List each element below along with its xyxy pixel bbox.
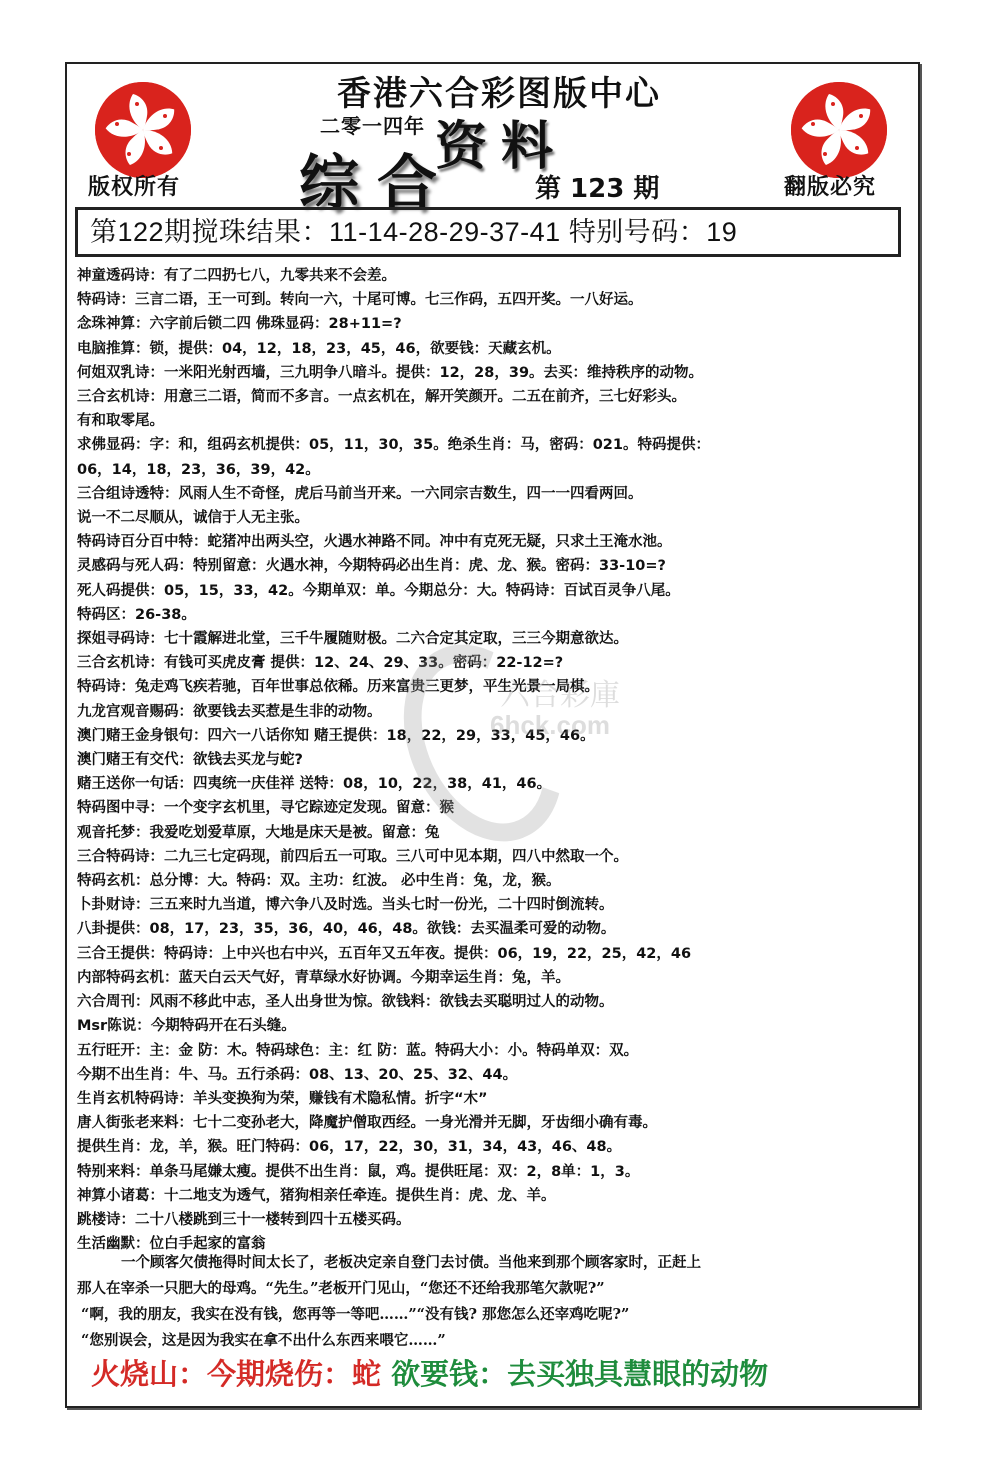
list-item: 神童透码诗：有了二四扔七八，九零共来不会差。 xyxy=(77,264,907,288)
list-item: 何姐双乳诗：一米阳光射西墙，三九明争八暗斗。提供：12，28，39。去买：维持秩… xyxy=(77,361,907,385)
list-item: 观音托梦：我爱吃划爱草原，大地是床天是被。留意：兔 xyxy=(77,821,907,845)
list-item: 内部特码玄机：蓝天白云天气好，青草绿水好协调。今期幸运生肖：兔，羊。 xyxy=(77,966,907,990)
banner-red-text: 火烧山：今期烧伤：蛇 xyxy=(91,1357,381,1391)
list-item: 探姐寻码诗：七十霞解进北堂，三千牛履随财极。二六合定其定取，三三今期意欲达。 xyxy=(77,627,907,651)
list-item: 有和取零尾。 xyxy=(77,409,907,433)
year-label: 二零一四年 xyxy=(320,110,425,139)
list-item: 求佛显码：字：和，组码玄机提供：05，11，30，35。绝杀生肖：马，密码：02… xyxy=(77,433,907,457)
list-item: 特码区：26-38。 xyxy=(77,603,907,627)
list-item: 三合组诗透特：风雨人生不奇怪，虎后马前当开来。一六同宗吉数生，四一一四看两回。 xyxy=(77,482,907,506)
bottom-banner: 火烧山：今期烧伤：蛇 欲要钱：去买独具慧眼的动物 xyxy=(91,1352,768,1393)
bauhinia-flower-icon xyxy=(791,82,887,178)
list-item: 赌王送你一句话：四夷统一庆佳祥 送特：08，10，22，38，41，46。 xyxy=(77,772,907,796)
list-item: 卜卦财诗：三五来时九当道，博六争八及时选。当头七时一份光，二十四时倒流转。 xyxy=(77,893,907,917)
list-item: 死人码提供：05，15，33，42。今期单双：单。今期总分：大。特码诗：百试百灵… xyxy=(77,579,907,603)
story-paragraph: “您别误会，这是因为我实在拿不出什么东西来喂它……” xyxy=(77,1328,907,1354)
list-item: 三合特码诗：二九三七定码现，前四后五一可取。三八可中见本期，四八中然取一个。 xyxy=(77,845,907,869)
list-item: 灵感码与死人码：特别留意：火遇水神，今期特码必出生肖：虎、龙、猴。密码：33-1… xyxy=(77,554,907,578)
list-item: 三合玄机诗：用意三二语，简而不多言。一点玄机在，解开笑颜开。二五在前齐，三七好彩… xyxy=(77,385,907,409)
list-item: 06，14，18，23，36，39，42。 xyxy=(77,458,907,482)
story-paragraph: 那人在宰杀一只肥大的母鸡。“先生。”老板开门见山，“您还不还给我那笔欠款呢?” xyxy=(77,1276,907,1302)
copyright-label: 版权所有 xyxy=(88,170,180,201)
list-item: 跳楼诗：二十八楼跳到三十一楼转到四十五楼买码。 xyxy=(77,1208,907,1232)
humor-story: 一个顾客欠债拖得时间太长了，老板决定亲自登门去讨债。当他来到那个顾客家时，正赶上… xyxy=(77,1250,907,1354)
list-item: 特码玄机：总分博：大。特码：双。主功：红波。 必中生肖：兔，龙，猴。 xyxy=(77,869,907,893)
list-item: 念珠神算：六字前后锁二四 佛珠显码：28+11=? xyxy=(77,312,907,336)
piracy-warning-label: 翻版必究 xyxy=(784,170,876,201)
list-item: 神算小诸葛：十二地支为透气，猪狗相亲任牵连。提供生肖：虎、龙、羊。 xyxy=(77,1184,907,1208)
list-item: 今期不出生肖：牛、马。五行杀码：08、13、20、25、32、44。 xyxy=(77,1063,907,1087)
list-item: Msr陈说：今期特码开在石头缝。 xyxy=(77,1014,907,1038)
list-item: 特别来料：单条马尾嫌太瘦。提供不出生肖：鼠，鸡。提供旺尾：双：2，8单：1，3。 xyxy=(77,1160,907,1184)
list-item: 特码图中寻：一个变字玄机里，寻它踪迹定发现。留意：猴 xyxy=(77,796,907,820)
tips-list: 神童透码诗：有了二四扔七八，九零共来不会差。 特码诗：三言二语，王一可到。转向一… xyxy=(77,264,907,1256)
story-paragraph: 一个顾客欠债拖得时间太长了，老板决定亲自登门去讨债。当他来到那个顾客家时，正赶上 xyxy=(77,1250,907,1276)
issue-number: 第 123 期 xyxy=(535,168,659,205)
list-item: 三合王提供：特码诗：上中兴也右中兴，五百年又五年夜。提供：06，19，22，25… xyxy=(77,942,907,966)
list-item: 电脑推算：锁，提供：04，12，18，23，45，46，欲要钱：天藏玄机。 xyxy=(77,337,907,361)
poster-frame: 版权所有 翻版必究 香港六合彩图版中心 二零一四年 资料 综合 第 123 期 … xyxy=(65,62,920,1408)
list-item: 澳门赌王有交代：欲钱去买龙与蛇? xyxy=(77,748,907,772)
list-item: 三合玄机诗：有钱可买虎皮膏 提供：12、24、29、33。密码：22-12=? xyxy=(77,651,907,675)
banner-green-text: 欲要钱：去买独具慧眼的动物 xyxy=(391,1357,768,1391)
draw-result-box: 第122期搅珠结果：11-14-28-29-37-41 特别号码：19 xyxy=(75,207,901,257)
list-item: 提供生肖：龙，羊，猴。旺门特码：06，17，22，30，31，34，43，46、… xyxy=(77,1135,907,1159)
list-item: 特码诗百分百中特：蛇猪冲出两头空，火遇水神路不同。冲中有克死无疑，只求土王淹水池… xyxy=(77,530,907,554)
list-item: 说一不二尽顺从，诚信于人无主张。 xyxy=(77,506,907,530)
list-item: 八卦提供：08，17，23，35，36，40，46，48。欲钱：去买温柔可爱的动… xyxy=(77,917,907,941)
bauhinia-logo-left xyxy=(95,82,191,178)
list-item: 特码诗：三言二语，王一可到。转向一六，十尾可博。七三作码，五四开奖。一八好运。 xyxy=(77,288,907,312)
bauhinia-logo-right xyxy=(791,82,887,178)
list-item: 九龙宫观音赐码：欲要钱去买惹是生非的动物。 xyxy=(77,700,907,724)
story-paragraph: “啊，我的朋友，我实在没有钱，您再等一等吧……”“没有钱? 那您怎么还宰鸡吃呢?… xyxy=(77,1302,907,1328)
list-item: 特码诗：兔走鸡飞疾若驰，百年世事总依稀。历来富贵三更梦，平生光景一局棋。 xyxy=(77,675,907,699)
bauhinia-flower-icon xyxy=(95,82,191,178)
list-item: 五行旺开：主：金 防：木。特码球色：主：红 防：蓝。特码大小：小。特码单双：双。 xyxy=(77,1039,907,1063)
list-item: 唐人街张老来料：七十二变孙老大，降魔护僧取西经。一身光滑并无脚，牙齿细小确有毒。 xyxy=(77,1111,907,1135)
list-item: 生肖玄机特码诗：羊头变换狗为荣，赚钱有术隐私情。折字“木” xyxy=(77,1087,907,1111)
list-item: 六合周刊：风雨不移此中志，圣人出身世为惊。欲钱料：欲钱去买聪明过人的动物。 xyxy=(77,990,907,1014)
list-item: 澳门赌王金身银句：四六一八话你知 赌王提供：18，22，29，33，45，46。 xyxy=(77,724,907,748)
